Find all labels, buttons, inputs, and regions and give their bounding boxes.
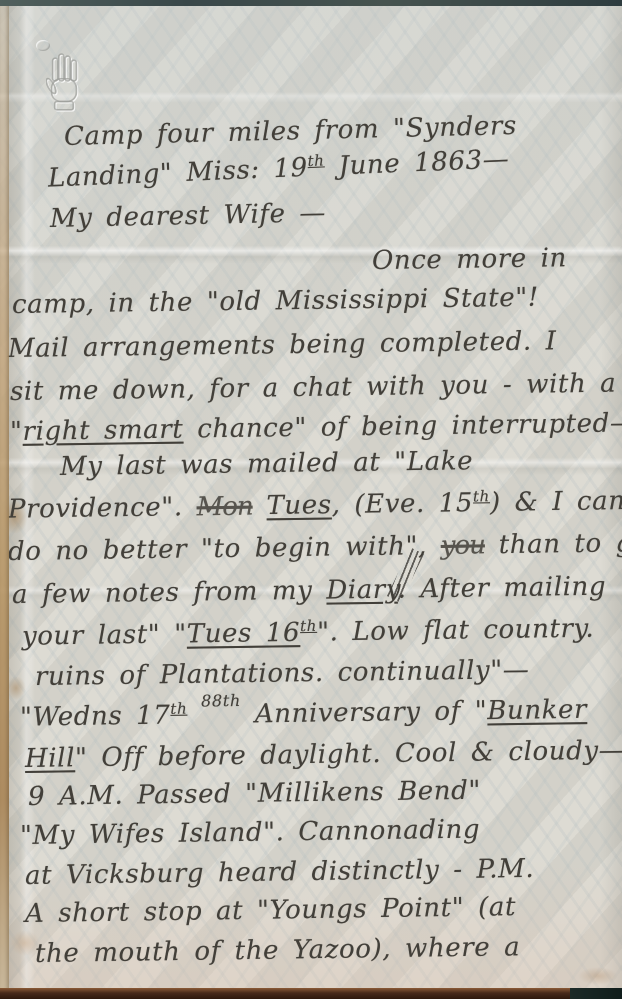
letter-text-segment: , (Eve. 15 — [331, 488, 473, 520]
letter-text-segment: " — [10, 417, 23, 447]
letter-text-segment: camp, in the "old Mississippi State"! — [12, 283, 539, 320]
letter-line: 9 A.M. Passed "Millikens Bend" — [28, 776, 481, 812]
letter-text-segment: th — [170, 700, 187, 718]
letter-line: do no better "to begin with", you than t… — [8, 528, 622, 567]
letter-line: your last" "Tues 16th". Low flat country… — [22, 613, 595, 652]
letter-text-segment: than to give — [485, 528, 622, 561]
top-edge-strip — [0, 0, 622, 6]
letter-line: Once more in — [372, 243, 567, 276]
letter-text-segment: th — [473, 487, 490, 505]
letter-text-segment: Diary — [326, 575, 398, 606]
letter-line: the mouth of the Yazoo), where a — [35, 932, 521, 969]
letter-line: at Vicksburg heard distinctly - P.M. — [25, 854, 535, 891]
letter-text-segment: Landing" Miss: 19 — [47, 153, 308, 194]
letter-text-segment: your last" " — [22, 619, 187, 651]
letter-text-segment: chance" of being interrupted— — [183, 408, 622, 444]
letter-text-segment: My last was mailed at "Lake — [60, 446, 474, 482]
letter-line: "right smart chance" of being interrupte… — [10, 408, 622, 447]
letter-text-segment: 88th — [201, 691, 241, 711]
letter-text-segment: do no better "to begin with", — [8, 531, 441, 567]
letter-text-segment: Providence". — [8, 492, 197, 525]
letter-text-segment: Mail arrangements being completed. I — [8, 326, 557, 364]
letter-text-segment — [187, 700, 201, 730]
letter-line: a few notes from my Diary. After mailing — [12, 572, 607, 610]
letter-text-segment: Once more in — [372, 243, 567, 276]
left-edge-fold — [0, 0, 9, 999]
letter-text-segment: " Off before daylight. Cool & cloudy— — [75, 736, 622, 774]
letter-line: sit me down, for a chat with you - with … — [10, 369, 617, 407]
letter-text-segment: ". Low flat country. — [317, 614, 595, 648]
letter-text-segment: Tues — [266, 490, 332, 521]
letter-text-segment: ruins of Plantations. continually"— — [35, 655, 530, 692]
letter-text-segment — [252, 491, 266, 521]
letter-text-segment: Hill — [25, 743, 75, 774]
letter-line: camp, in the "old Mississippi State"! — [12, 283, 539, 320]
letter-text-segment: sit me down, for a chat with you - with … — [10, 369, 617, 407]
letter-text-segment: the mouth of the Yazoo), where a — [35, 932, 521, 969]
letter-line: ruins of Plantations. continually"— — [35, 655, 530, 692]
letter-text-segment: My dearest Wife — — [50, 198, 327, 234]
letter-line: Mail arrangements being completed. I — [8, 326, 557, 364]
letter-text-segment: "Wedns 17 — [20, 701, 171, 733]
letter-text-segment: Bunker — [487, 695, 587, 726]
letter-text-segment: th — [307, 151, 325, 170]
letter-line: "Wedns 17th 88th Anniversary of "Bunker — [20, 693, 587, 733]
bottom-edge-strip — [0, 988, 622, 999]
letter-text-segment: 9 A.M. Passed "Millikens Bend" — [28, 776, 481, 812]
letter-line: Landing" Miss: 19th June 1863— — [47, 144, 509, 194]
letter-text-segment: th — [300, 617, 317, 635]
letter-text-segment: Tues 16 — [187, 618, 301, 650]
letter-text-segment: . After mailing — [397, 572, 606, 605]
letter-text-segment: ) & I can — [490, 486, 622, 518]
letter-body: Camp four miles from "SyndersLanding" Mi… — [0, 0, 622, 999]
letter-text-segment: Mon — [196, 491, 252, 522]
letter-line: "My Wifes Island". Cannonading — [20, 815, 481, 851]
letter-text-segment: a few notes from my — [12, 576, 327, 610]
letter-line: My dearest Wife — — [50, 198, 327, 234]
letter-text-segment: "My Wifes Island". Cannonading — [20, 815, 481, 851]
bottom-right-dark-patch — [570, 988, 622, 999]
letter-line: My last was mailed at "Lake — [60, 446, 474, 482]
letter-scan: Camp four miles from "SyndersLanding" Mi… — [0, 0, 622, 999]
letter-text-segment: June 1863— — [324, 144, 510, 182]
letter-text-segment: right smart — [22, 415, 183, 447]
letter-line: A short stop at "Youngs Point" (at — [25, 892, 516, 929]
letter-text-segment: Anniversary of " — [241, 696, 488, 729]
letter-line: Hill" Off before daylight. Cool & cloudy… — [25, 736, 622, 774]
letter-text-segment: at Vicksburg heard distinctly - P.M. — [25, 854, 535, 891]
letter-line: Providence". Mon Tues, (Eve. 15th) & I c… — [8, 485, 622, 524]
letter-text-segment: you — [441, 530, 486, 561]
letter-text-segment: A short stop at "Youngs Point" (at — [25, 892, 516, 929]
